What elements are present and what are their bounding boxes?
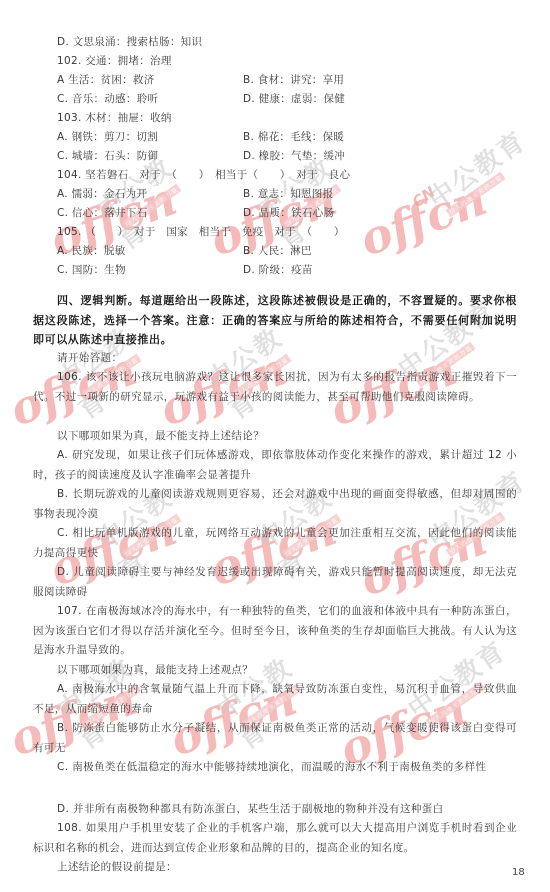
q105-option-c: C. 国防：生物 [57, 263, 126, 277]
section-heading-logic: 四、逻辑判断。每道题给出一段陈述，这段陈述被假设是正确的，不容置疑的。要求你根据… [33, 291, 517, 350]
watermark-cn-text: CN [409, 183, 439, 211]
q102-stem: 102. 交通：拥堵：治理 [57, 54, 172, 68]
q105-option-a: A. 民族：脱敏 [57, 244, 126, 258]
q107-option-b: B. 防冻蛋白能够防止水分子凝结，从而保证南极鱼类正常的活动，气候变暖使得该蛋白… [33, 719, 517, 758]
watermark-brand-text: 中公教育 [420, 121, 533, 216]
q103-stem: 103. 木材：抽屉：收纳 [57, 111, 172, 125]
q102-option-b: B. 食材：讲究：享用 [243, 73, 344, 87]
q105-option-b: B. 人民：淋巴 [243, 244, 312, 258]
q104-option-d: D. 品质：铁石心肠 [243, 206, 334, 220]
q108-question: 上述结论的假设前提是： [33, 858, 517, 878]
q104-option-b: B. 意志：知恩图报 [243, 187, 333, 201]
watermark-slogan: 给人改变未来的力量 [445, 172, 505, 218]
q108-stem: 108. 如果用户手机里安装了企业的手机客户端，那么就可以大大提高用户浏览手机时… [33, 819, 517, 858]
q107-question: 以下哪项如果为真，最能支持上述观点？ [33, 661, 517, 681]
q103-option-d: D. 橡胶：气垫：缓冲 [243, 149, 345, 163]
page-number: 18 [512, 867, 525, 878]
q105-option-d: D. 阶级：疫苗 [243, 263, 313, 277]
q103-option-c: C. 城墙：石头：防御 [57, 149, 158, 163]
q106-option-a: A. 研究发现，如果让孩子们玩体感游戏，即依靠肢体动作变化来操作的游戏，累计超过… [33, 446, 517, 485]
q102-option-c: C. 音乐：动感：聆听 [57, 92, 158, 106]
q103-option-a: A. 钢铁：剪刀：切割 [57, 130, 158, 144]
q107-option-a: A. 南极海水中的含氧量随气温上升而下降，缺氧导致防冻蛋白变性，易沉积于血管，导… [33, 680, 517, 719]
document-page: offcn 中公教育 给人改变未来的力量 offcn 中公教育 给人改变未来的力… [0, 0, 550, 892]
offcn-logo-icon: offcn [353, 171, 494, 266]
q106-question: 以下哪项如果为真，最不能支持上述结论？ [33, 427, 517, 447]
q107-option-c: C. 南极鱼类在低温稳定的海水中能够持续地演化，而温暖的海水不利于南极鱼类的多样… [33, 758, 517, 778]
watermark-3: offcn CN 中公教育 给人改变未来的力量 [350, 140, 540, 260]
q105-stem: 105. （ ） 对于 国家 相当于 免疫 对于 （ ） [57, 225, 345, 239]
q106-stem: 106. 该不该让小孩玩电脑游戏？这让很多家长困扰，因为有太多的报告指责游戏正摧… [33, 368, 517, 407]
q107-stem: 107. 在南极海域冰冷的海水中，有一种独特的鱼类，它们的血液和体液中具有一种防… [33, 602, 517, 661]
q106-option-b: B. 长期玩游戏的儿童阅读游戏规则更容易，还会对游戏中出现的画面变得敏感，但却对… [33, 485, 517, 524]
start-prompt: 请开始答题： [33, 349, 517, 369]
q102-option-d: D. 健康：虚弱：保健 [243, 92, 345, 106]
q104-option-a: A. 懦弱：金石为开 [57, 187, 147, 201]
q104-option-c: C. 信心：落井下石 [57, 206, 148, 220]
q106-option-c: C. 相比玩单机版游戏的儿童，玩网络互动游戏的儿童会更加注重相互交流，因此他们的… [33, 524, 517, 563]
q102-option-a: A 生活：贫困：救济 [57, 73, 155, 87]
q103-option-b: B. 棉花：毛线：保暖 [243, 130, 344, 144]
q104-stem: 104. 坚若磐石 对于 （ ） 相当于（ ） 对于 良心 [57, 168, 350, 182]
q107-option-d: D. 并非所有南极物种都具有防冻蛋白，某些生活于副极地的物种并没有这种蛋白 [33, 800, 517, 820]
q106-option-d: D. 儿童阅读障碍主要与神经发育迟缓或出现障碍有关，游戏只能暂时提高阅读速度，却… [33, 563, 517, 602]
q101-option-d: D. 文思泉涌：搜索枯肠：知识 [57, 35, 202, 49]
